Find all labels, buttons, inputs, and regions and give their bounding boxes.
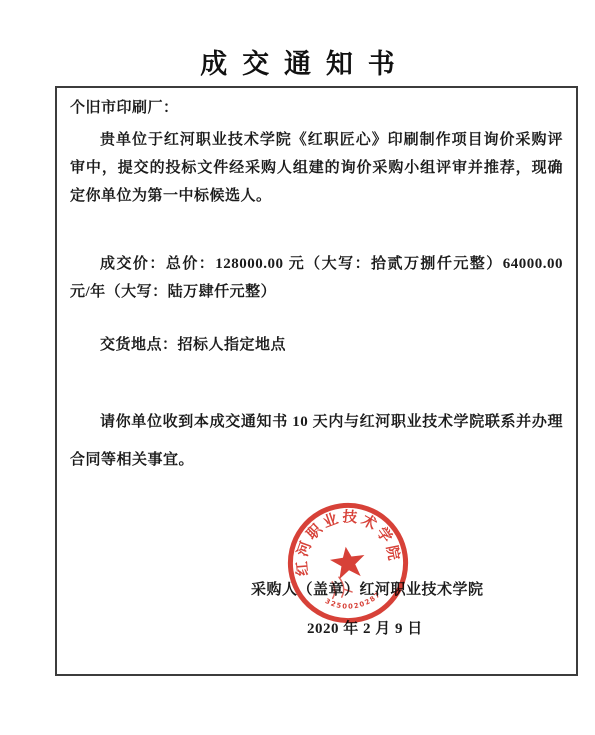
seal-organization-text-holder: 红河职业技术学院 — [285, 501, 404, 578]
recipient-line: 个旧市印刷厂： — [70, 97, 563, 119]
official-seal: 红河职业技术学院 632500202873 — [284, 499, 412, 627]
paragraph-delivery-location: 交货地点：招标人指定地点 — [70, 331, 563, 359]
purchaser-signature-line: 采购人（盖章）红河职业技术学院 — [70, 579, 563, 601]
paragraph-contract-notice: 请你单位收到本成交通知书 10 天内与红河职业技术学院联系并办理合同等相关事宜。 — [70, 403, 563, 479]
seal-serial-text-holder: 632500202873 — [284, 499, 384, 620]
seal-organization-text: 红河职业技术学院 — [285, 501, 404, 578]
date-line: 2020 年 2 月 9 日 — [70, 618, 563, 640]
document-title: 成交通知书 — [0, 42, 595, 81]
seal-serial-number: 632500202873 — [284, 499, 384, 620]
paragraph-award: 贵单位于红河职业技术学院《红职匠心》印刷制作项目询价采购评审中，提交的投标文件经… — [70, 126, 563, 210]
seal-ring — [284, 499, 412, 627]
paragraph-price: 成交价：总价：128000.00 元（大写：拾贰万捌仟元整）64000.00 元… — [70, 250, 563, 306]
document-body-frame: 个旧市印刷厂： 贵单位于红河职业技术学院《红职匠心》印刷制作项目询价采购评审中，… — [55, 86, 578, 676]
seal-star-icon — [328, 544, 367, 580]
document-page: 成交通知书 个旧市印刷厂： 贵单位于红河职业技术学院《红职匠心》印刷制作项目询价… — [0, 0, 595, 735]
